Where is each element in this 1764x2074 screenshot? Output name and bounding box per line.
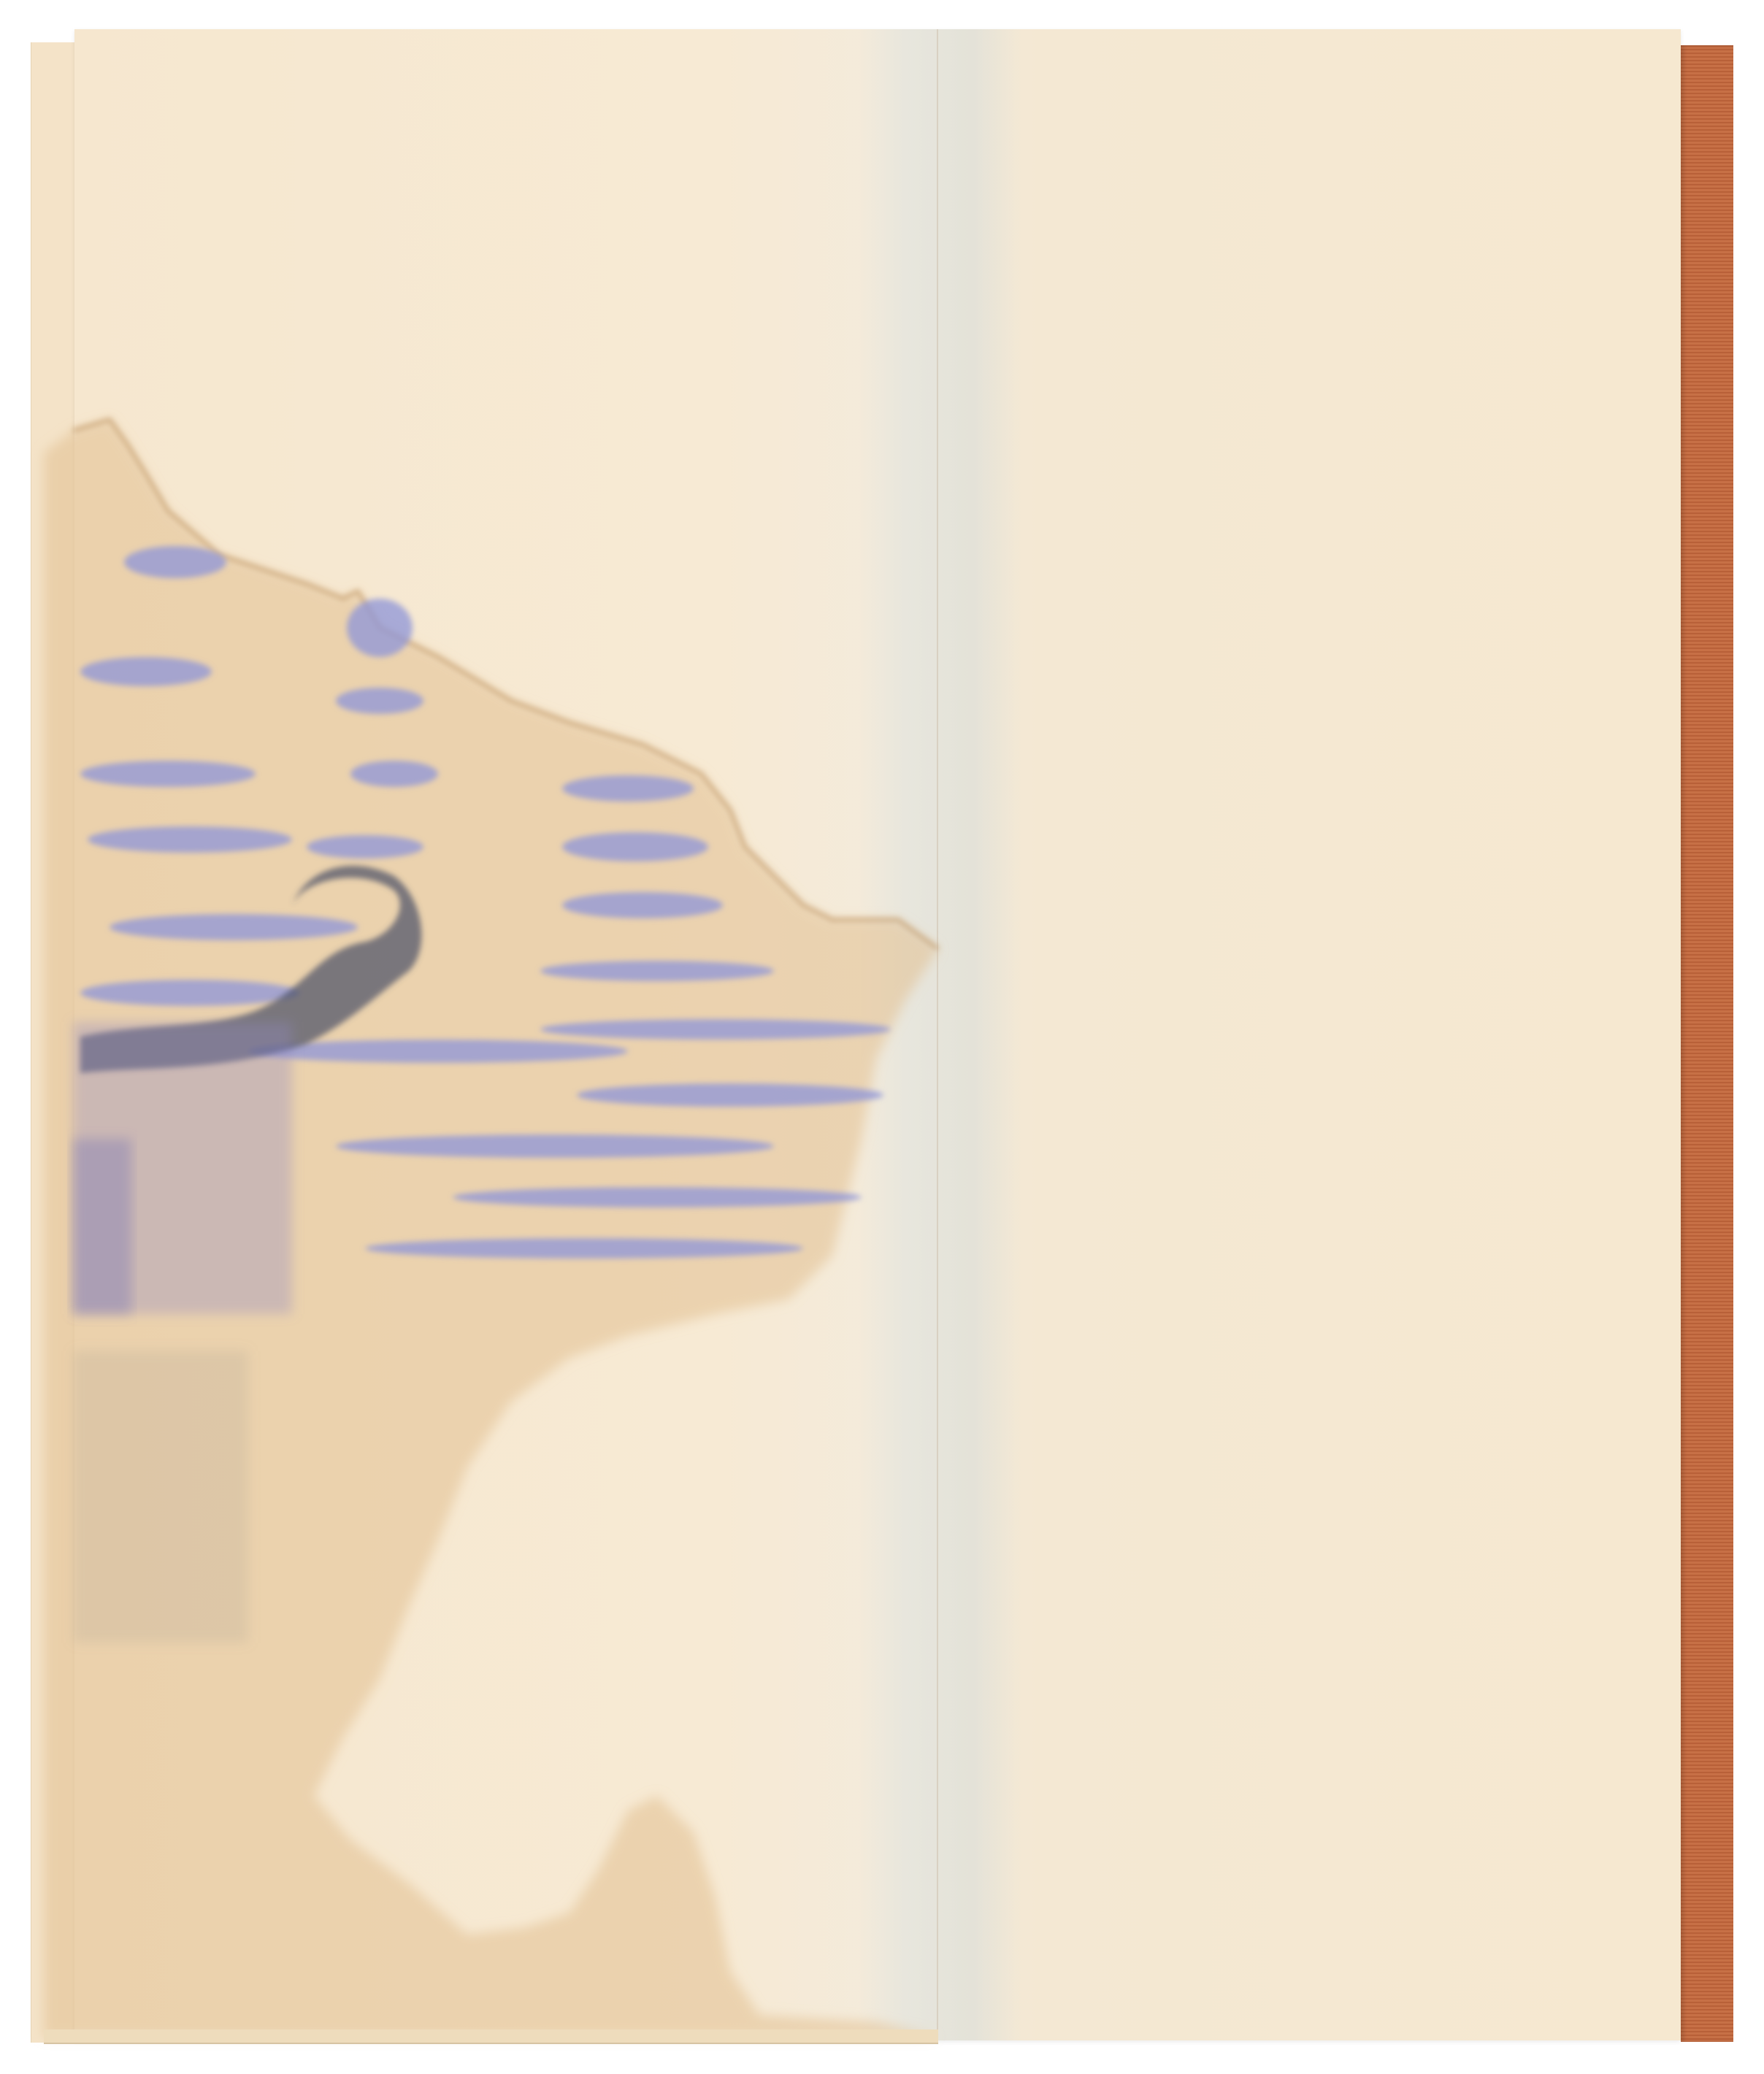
cloth-spine xyxy=(1681,45,1733,2042)
water-stain xyxy=(0,0,1764,2074)
bottom-page-edges xyxy=(44,2029,938,2044)
